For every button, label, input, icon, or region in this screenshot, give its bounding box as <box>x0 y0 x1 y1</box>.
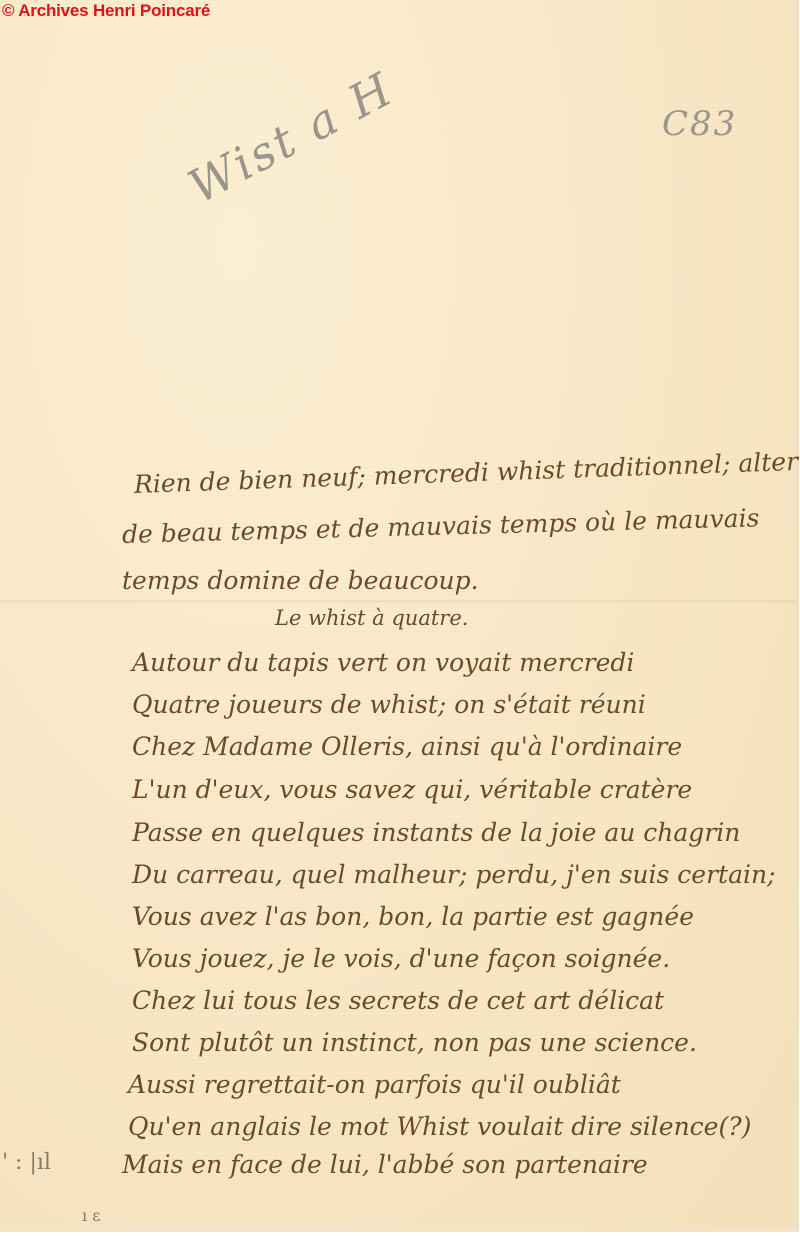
verse-line-8: Vous jouez, je le vois, d'une façon soig… <box>132 944 670 973</box>
verse-line-7: Vous avez l'as bon, bon, la partie est g… <box>132 902 694 931</box>
bottom-margin-marks: ı ɛ <box>82 1206 101 1225</box>
copyright-watermark: © Archives Henri Poincaré <box>2 1 210 21</box>
verse-line-3: Chez Madame Olleris, ainsi qu'à l'ordina… <box>132 732 682 761</box>
poem-title: Le whist à quatre. <box>275 606 468 630</box>
verse-line-2: Quatre joueurs de whist; on s'était réun… <box>132 690 646 719</box>
verse-line-12: Qu'en anglais le mot Whist voulait dire … <box>128 1112 751 1141</box>
verse-line-6: Du carreau, quel malheur; perdu, j'en su… <box>132 860 776 889</box>
paper-fold-line <box>0 600 796 603</box>
intro-line-3: temps domine de beaucoup. <box>122 566 479 595</box>
manuscript-page: © Archives Henri Poincaré C83 Wist a H R… <box>0 0 799 1232</box>
left-margin-marks: ' : |ıl <box>2 1150 51 1175</box>
intro-line-1: Rien de bien neuf; mercredi whist tradit… <box>133 444 800 499</box>
verse-line-13: Mais en face de lui, l'abbé son partenai… <box>122 1150 648 1179</box>
verse-line-4: L'un d'eux, vous savez qui, véritable cr… <box>132 775 692 804</box>
verse-line-10: Sont plutôt un instinct, non pas une sci… <box>132 1028 697 1057</box>
verse-line-1: Autour du tapis vert on voyait mercredi <box>132 648 634 677</box>
shelfmark-annotation: C83 <box>662 104 737 144</box>
verse-line-11: Aussi regrettait-on parfois qu'il oubliâ… <box>128 1070 621 1099</box>
verse-line-5: Passe en quelques instants de la joie au… <box>132 818 740 847</box>
intro-line-2: de beau temps et de mauvais temps où le … <box>122 503 760 549</box>
verse-line-9: Chez lui tous les secrets de cet art dél… <box>132 986 664 1015</box>
pencil-note-annotation: Wist a H <box>180 61 403 214</box>
